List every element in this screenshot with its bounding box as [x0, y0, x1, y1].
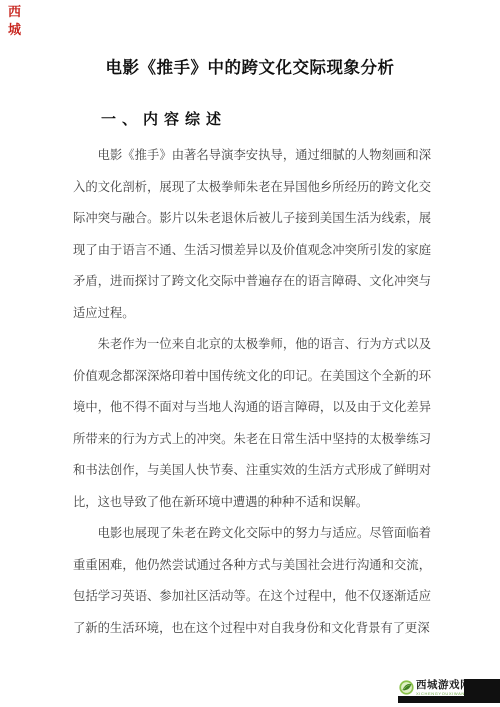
red-stamp-icon: 西 城 [8, 4, 24, 37]
watermark-bottom-black-bar [398, 696, 500, 703]
section-heading: 一、内容综述 [101, 110, 227, 130]
paragraph-1: 电影《推手》由著名导演李安执导，通过细腻的人物刻画和深入的文化剖析，展现了太极拳… [73, 140, 431, 329]
document-page: 西 城 电影《推手》中的跨文化交际现象分析 一、内容综述 电影《推手》由著名导演… [0, 0, 500, 707]
red-stamp-bottom-glyph: 城 [8, 22, 24, 37]
watermark-site-name: 西城游戏网 [416, 679, 466, 691]
site-watermark: 西城游戏网 XICHENGYOUXIWANG [398, 679, 500, 705]
red-stamp-top-glyph: 西 [8, 4, 24, 19]
page-title: 电影《推手》中的跨文化交际现象分析 [0, 57, 500, 79]
leaf-logo-icon [399, 680, 414, 695]
paragraph-2: 朱老作为一位来自北京的太极拳师，他的语言、行为方式以及价值观念都深深烙印着中国传… [73, 329, 431, 518]
paragraph-3: 电影也展现了朱老在跨文化交际中的努力与适应。尽管面临着重重困难，他仍然尝试通过各… [73, 518, 431, 644]
watermark-text-stack: 西城游戏网 XICHENGYOUXIWANG [416, 679, 466, 696]
document-body: 电影《推手》由著名导演李安执导，通过细腻的人物刻画和深入的文化剖析，展现了太极拳… [73, 140, 431, 644]
